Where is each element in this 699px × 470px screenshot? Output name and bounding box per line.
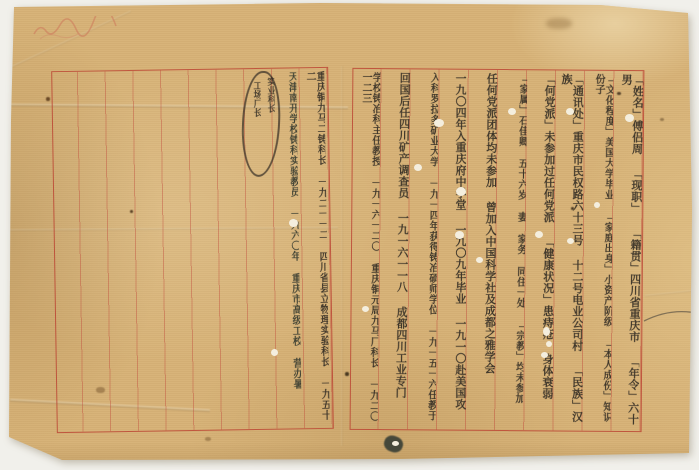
damage-spot	[362, 306, 369, 312]
handwriting-column: 任何党派团体均未参加 曾加入中国科学社及成都之雅学会	[466, 73, 498, 429]
damage-spot	[476, 257, 483, 263]
handwriting-column: 「姓名」傅侣周 「现职」 「籍贯」四川省重庆市 「年令」六十 男	[609, 74, 643, 430]
circled-annotation-text: 工场厂长	[245, 81, 262, 191]
damage-spot	[594, 202, 600, 208]
damage-spot	[535, 231, 543, 238]
damage-spot	[546, 341, 552, 347]
damage-spot	[404, 459, 418, 465]
crease-line	[341, 66, 343, 446]
damage-spot	[271, 349, 278, 356]
crease-line	[645, 289, 699, 297]
red-pencil-scribble	[30, 16, 122, 44]
damage-spot	[434, 119, 444, 127]
damage-spot	[414, 164, 422, 171]
damage-spot	[455, 231, 464, 239]
stain	[130, 210, 133, 213]
stain	[345, 372, 349, 376]
pencil-curve	[642, 306, 698, 326]
damage-spot	[543, 327, 550, 336]
damage-spot	[456, 187, 466, 196]
stain	[660, 118, 664, 121]
paper-sheet: 重庆铜九马二铸科长 一九二一一二 四川省县立物理实验科长 一九五十二 天津南开学…	[0, 0, 699, 470]
handwriting-column: 「文化程度」美国大学毕业 「家庭出身」小资产阶级 「本人成份」知识份子	[582, 74, 614, 430]
stain	[546, 18, 572, 29]
stain	[205, 437, 211, 441]
handwriting-column: 「何党派」未参加过任何党派 「健康状况」患痔疮 身体衰弱	[524, 73, 556, 429]
stain	[617, 92, 621, 95]
stain	[96, 387, 105, 393]
handwriting-column: 「家属」石佳卿 五十六岁 妻 家务 同住一处 「宗教」均未参加	[494, 73, 528, 429]
paper-shadow-wrap: 重庆铜九马二铸科长 一九二一一二 四川省县立物理实验科长 一九五十二 天津南开学…	[0, 0, 699, 470]
damage-spot	[567, 238, 574, 244]
right-ruled-page: 「姓名」傅侣周 「现职」 「籍贯」四川省重庆市 「年令」六十 男 「文化程度」美…	[350, 68, 645, 432]
damage-spot	[508, 108, 516, 115]
stain	[46, 97, 50, 101]
damage-spot	[392, 441, 399, 446]
circled-annotation-text: 实业科长	[259, 77, 276, 187]
damage-spot	[289, 219, 298, 227]
damage-spot	[541, 352, 548, 358]
handwriting-column: 学校铸冶科主任教授 一九一六一二〇 重庆铜元局九马厂科长 一九二〇一二三	[350, 72, 381, 428]
stain	[571, 207, 574, 210]
damage-spot	[566, 108, 574, 115]
handwriting-column: 回国后任四川矿产调查员 一九一六一一八 成都四川工业专门	[377, 72, 411, 428]
handwriting-column: 「通讯处」重庆市民权路六十三号 十二号电业公司村 「民族」汉族	[554, 74, 584, 430]
scanned-document: 重庆铜九马二铸科长 一九二一一二 四川省县立物理实验科长 一九五十二 天津南开学…	[0, 0, 699, 470]
left-ruled-page: 重庆铜九马二铸科长 一九二一一二 四川省县立物理实验科长 一九五十二 天津南开学…	[51, 67, 334, 433]
damage-spot	[625, 114, 634, 122]
handwriting-column: 入科罗拉多矿业大学 一九一四年获得铸冶硕师学位 一九一五一六任教于	[407, 72, 439, 428]
